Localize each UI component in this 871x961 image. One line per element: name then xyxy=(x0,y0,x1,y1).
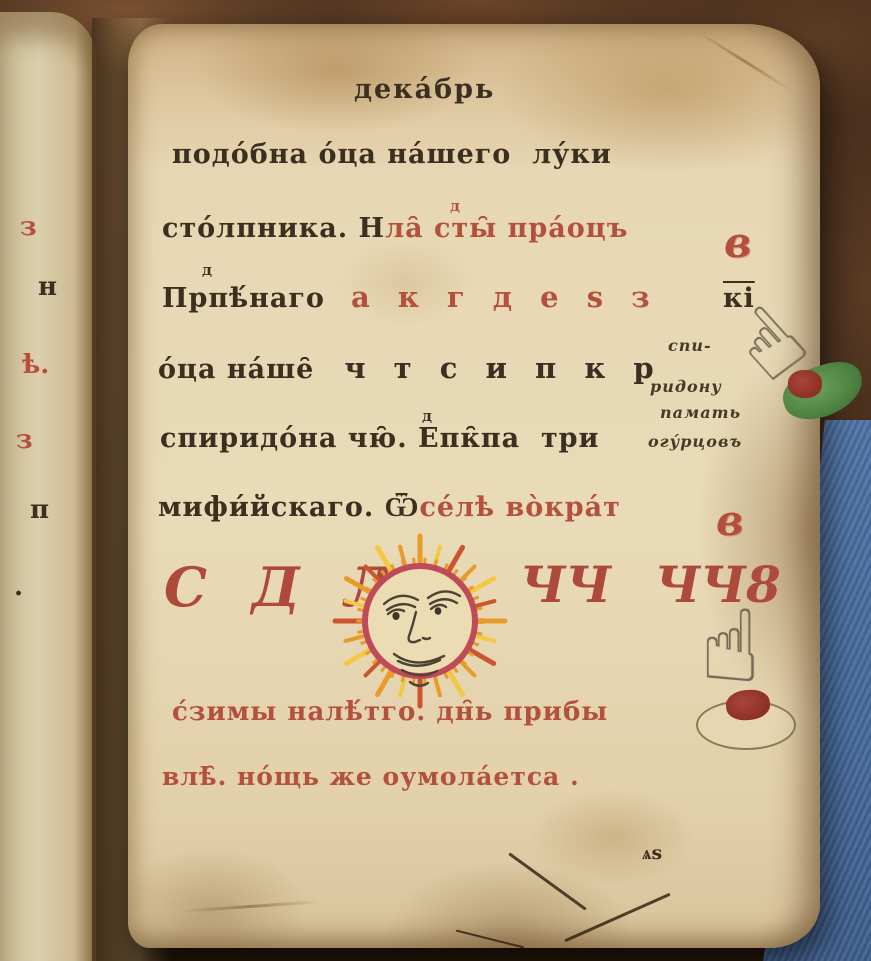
margin-note: огу́рцовъ xyxy=(648,434,742,450)
text-line-6: мифи́йскаго. Ѿсе́лѣ во̀кра́т xyxy=(158,494,621,521)
text-line-1: подо́бна о́ца на́шего лу́ки xyxy=(172,141,612,168)
red-text-line-1: с́зимы налѣ́тго. дн̑ь прибы xyxy=(172,699,608,725)
margin-note: ридону xyxy=(650,379,722,395)
month-title: дека́брь xyxy=(354,76,495,103)
left-page-letter: п xyxy=(30,495,49,525)
superscript-letter: д xyxy=(422,409,432,424)
text-line-3: Прпѣ́нагоа к г д е ѕ з xyxy=(162,283,651,312)
red-cuff xyxy=(788,370,822,398)
previous-page-edge xyxy=(0,12,96,961)
left-page-letter: з xyxy=(20,212,37,242)
line6-red: се́лѣ во̀кра́т xyxy=(419,492,620,523)
line4-letter-row: ч т с и п к р xyxy=(344,351,654,385)
superscript-letter: д xyxy=(450,199,460,214)
line2-red: ла̑ сты̑ пра́оцъ xyxy=(385,213,628,244)
sun-face-icon xyxy=(330,532,512,710)
superscript-letter: д xyxy=(202,263,212,278)
line3-red-letters: а к г д е ѕ з xyxy=(351,280,651,314)
line2-black: сто́лпника. Н xyxy=(162,213,385,244)
line3-black: Прпѣ́наго xyxy=(162,283,325,314)
quire-mark: ѧѕ xyxy=(642,844,662,863)
left-page-letter: ѣ. xyxy=(22,350,49,380)
text-line-5: спиридо́на чю̑. Епк̑па три xyxy=(160,425,600,452)
margin-note: памать xyxy=(660,405,741,421)
photo-of-manuscript: з н ѣ. з п . дека́брь подо́бна о́ца на́ш… xyxy=(0,0,871,961)
red-text-line-2: влѣ̑. но́щь же оумола́етса . xyxy=(162,764,580,789)
line6-black: мифи́йскаго. Ѿ xyxy=(158,492,419,523)
margin-note: спи‑ xyxy=(668,338,712,354)
left-page-letter: н xyxy=(38,272,57,302)
text-line-4: о́ца на́ше̑ч т с и п к р xyxy=(158,354,655,383)
pointing-hand-icon: ☝ xyxy=(700,588,761,705)
left-page-letter: з xyxy=(16,425,33,455)
text-line-2: сто́лпника. Нла̑ сты̑ пра́оцъ xyxy=(162,215,628,242)
margin-ornament: в xyxy=(716,500,744,542)
line4-black: о́ца на́ше̑ xyxy=(158,354,314,385)
margin-ornament: в xyxy=(724,222,752,264)
left-page-letter: . xyxy=(14,572,23,602)
